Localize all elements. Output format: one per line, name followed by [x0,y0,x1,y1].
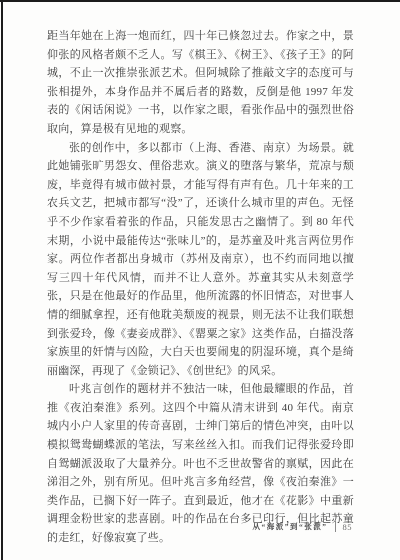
scanned-page: 距当年她在上海一炮而红，四十年已倏忽过去。作家之中，景仰张的风格者颇不乏人。写《… [0,0,400,560]
scan-edge-left [1,0,3,560]
page-footer: 从“海派”到“张派” 85 [253,521,353,532]
scan-edge-top [0,0,400,2]
page-number: 85 [343,522,353,532]
running-title: 从“海派”到“张派” [253,521,328,532]
paragraph: 张的创作中，多以都市（上海、香港、南京）为场景。就此她铺张旷男怨女、俚俗悲欢。演… [47,139,354,381]
paragraph: 距当年她在上海一炮而红，四十年已倏忽过去。作家之中，景仰张的风格者颇不乏人。写《… [47,27,354,139]
body-text: 距当年她在上海一炮而红，四十年已倏忽过去。作家之中，景仰张的风格者颇不乏人。写《… [47,27,354,548]
footer-divider [335,521,336,532]
